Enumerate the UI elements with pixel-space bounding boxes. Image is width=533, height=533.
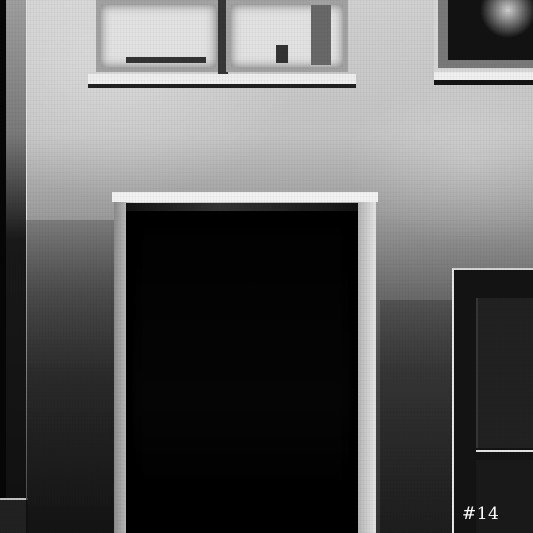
photo-caption: #14 (462, 504, 499, 524)
photograph: #14 (0, 0, 533, 533)
film-grain (0, 0, 533, 533)
